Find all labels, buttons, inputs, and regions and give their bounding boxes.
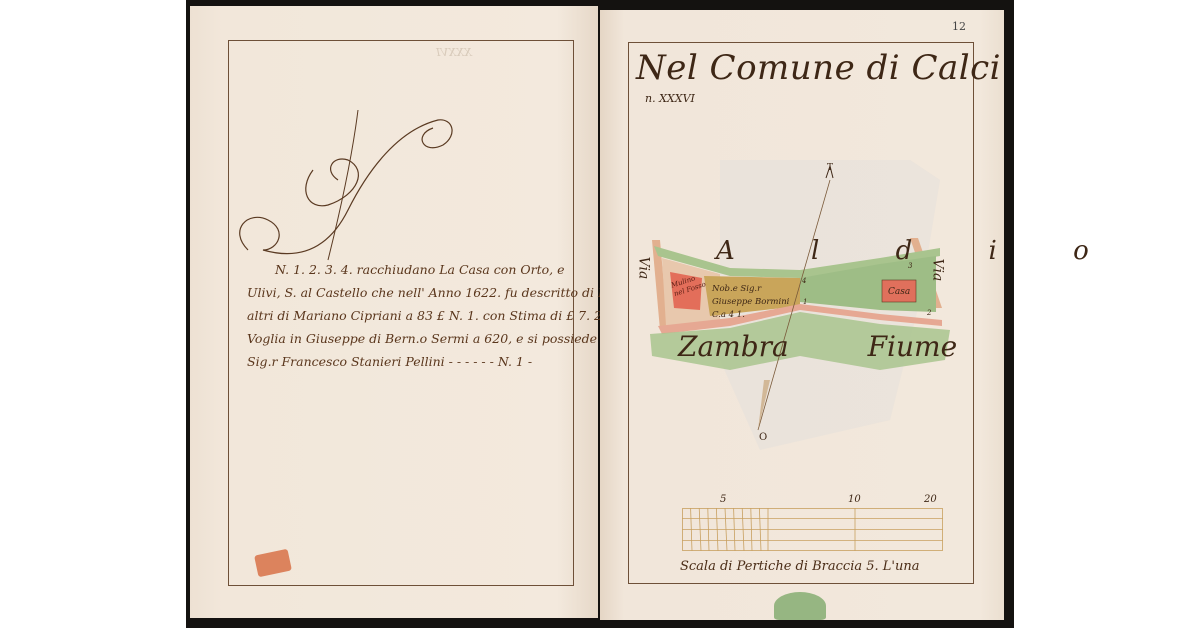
map-label-owner-parcel: Nob.e Sig.r Giuseppe Bormini C.a 4 1. [712,283,800,322]
description-line-5: Sig.r Francesco Stanieri Pellini - - - -… [247,354,532,369]
map-label-left-road: Via [635,257,651,280]
map-title: Nel Comune di Calci [636,48,1001,88]
map-label-river: Zambra Fiume [678,330,957,363]
cadastral-map [640,160,960,460]
map-label-right-road: Via [929,259,945,282]
map-label-casa: Casa [888,287,910,297]
scale-tick-5: 5 [720,494,726,505]
bleed-through-header: XXXVI [436,46,472,59]
compass-label-bottom: O [759,432,767,443]
map-label-aldio: A l d i o [716,236,1123,266]
description-line-2: Ulivi, S. al Castello che nell' Anno 162… [247,285,657,300]
point-number-2: 2 [927,309,931,317]
decorative-initial [228,110,468,270]
point-number-3: 3 [908,262,912,270]
map-subtitle: n. XXXVI [645,92,695,105]
scale-tick-20: 20 [924,494,937,505]
description-line-4: Voglia in Giuseppe di Bern.o Sermi a 620… [247,331,620,346]
page-number: 12 [952,20,966,33]
point-number-1: 1 [803,298,807,306]
scale-label: Scala di Pertiche di Braccia 5. L'una [680,559,920,574]
description-line-3: altri di Mariano Cipriani a 83 £ N. 1. c… [247,308,602,323]
description-line-1: N. 1. 2. 3. 4. racchiudano La Casa con O… [275,262,564,277]
scale-tick-10: 10 [848,494,861,505]
compass-label-top: T [827,163,833,173]
scale-bar-grid [682,508,944,552]
point-number-4: 4 [802,277,806,285]
green-paint-mark [774,592,826,620]
